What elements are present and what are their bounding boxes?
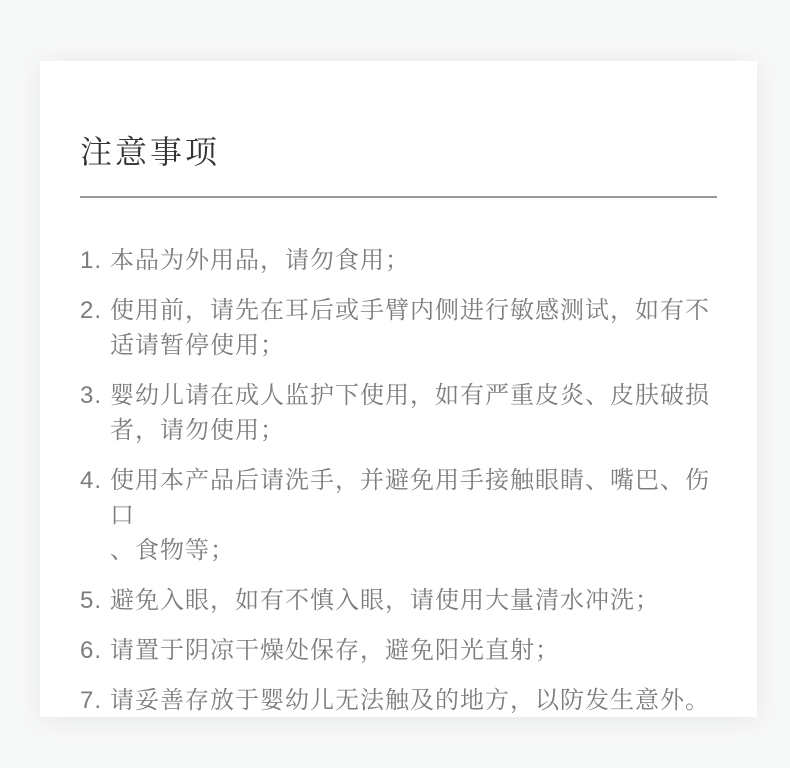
precaution-list-item: 3. 婴幼儿请在成人监护下使用，如有严重皮炎、皮肤破损 者，请勿使用； xyxy=(80,378,717,448)
item-number: 5. xyxy=(80,583,110,618)
item-number: 7. xyxy=(80,683,110,718)
item-text: 使用前，请先在耳后或手臂内侧进行敏感测试，如有不 适请暂停使用； xyxy=(110,293,717,363)
item-text: 婴幼儿请在成人监护下使用，如有严重皮炎、皮肤破损 者，请勿使用； xyxy=(110,378,717,448)
title-divider xyxy=(80,196,717,198)
item-text: 请置于阴凉干燥处保存，避免阳光直射； xyxy=(110,633,717,668)
item-text: 请妥善存放于婴幼儿无法触及的地方，以防发生意外。 xyxy=(110,683,717,718)
precaution-list-item: 5. 避免入眼，如有不慎入眼，请使用大量清水冲洗； xyxy=(80,583,717,618)
item-number: 1. xyxy=(80,243,110,278)
precaution-list-item: 7. 请妥善存放于婴幼儿无法触及的地方，以防发生意外。 xyxy=(80,683,717,718)
precaution-list-item: 2. 使用前，请先在耳后或手臂内侧进行敏感测试，如有不 适请暂停使用； xyxy=(80,293,717,363)
precaution-list-item: 4. 使用本产品后请洗手，并避免用手接触眼睛、嘴巴、伤口 、食物等； xyxy=(80,463,717,568)
section-title: 注意事项 xyxy=(80,132,717,172)
item-number: 4. xyxy=(80,463,110,498)
precaution-list-item: 6. 请置于阴凉干燥处保存，避免阳光直射； xyxy=(80,633,717,668)
item-number: 2. xyxy=(80,293,110,328)
item-text: 避免入眼，如有不慎入眼，请使用大量清水冲洗； xyxy=(110,583,717,618)
item-text: 本品为外用品，请勿食用； xyxy=(110,243,717,278)
item-number: 3. xyxy=(80,378,110,413)
item-number: 6. xyxy=(80,633,110,668)
item-text: 使用本产品后请洗手，并避免用手接触眼睛、嘴巴、伤口 、食物等； xyxy=(110,463,717,568)
precautions-card: 注意事项 1. 本品为外用品，请勿食用； 2. 使用前，请先在耳后或手臂内侧进行… xyxy=(40,61,757,717)
precaution-list-item: 1. 本品为外用品，请勿食用； xyxy=(80,243,717,278)
precautions-list: 1. 本品为外用品，请勿食用； 2. 使用前，请先在耳后或手臂内侧进行敏感测试，… xyxy=(80,243,717,718)
